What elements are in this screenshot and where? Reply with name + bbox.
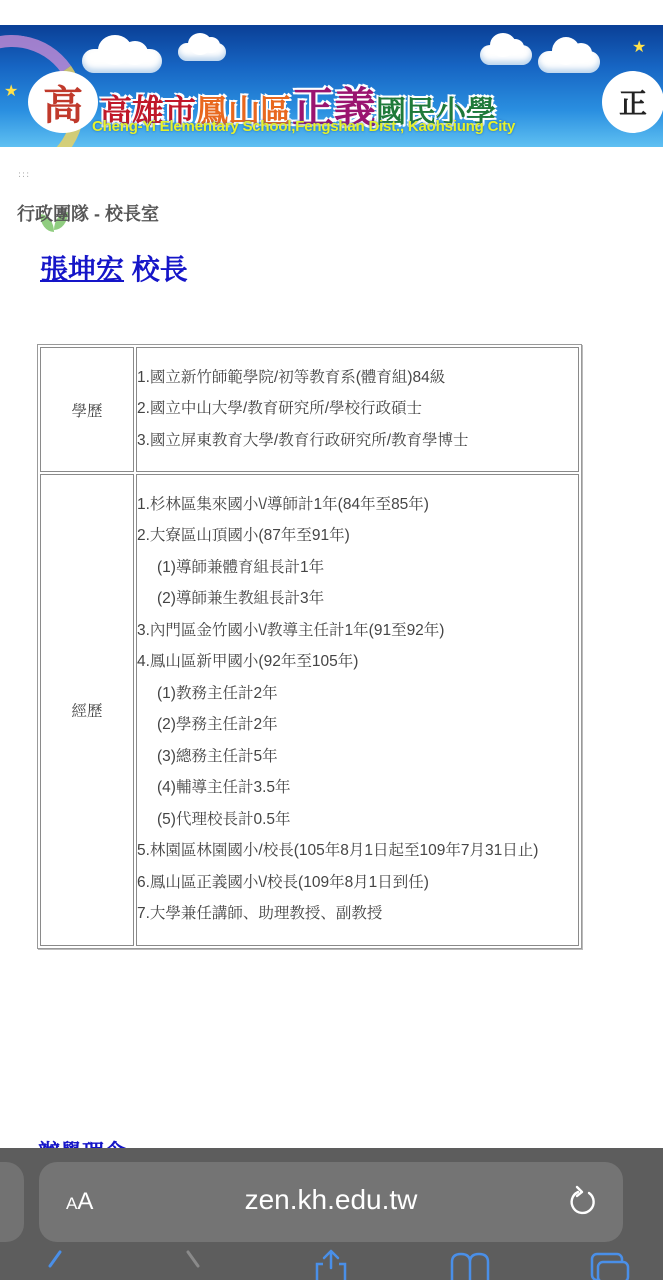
row-label: 經歷: [40, 474, 134, 946]
school-banner[interactable]: ★ ★ 高 高雄市鳳山區正義國民小學 Cheng-Yi Elementary S…: [0, 25, 663, 147]
row-content: 1.杉林區集來國小\/導師計1年(84年至85年) 2.大寮區山頂國小(87年至…: [136, 474, 579, 946]
table-row-experience: 經歷 1.杉林區集來國小\/導師計1年(84年至85年) 2.大寮區山頂國小(8…: [40, 474, 579, 946]
list-subitem: (1)導師兼體育組長計1年: [137, 557, 578, 578]
bookmarks-icon[interactable]: [448, 1248, 492, 1280]
browser-toolbar: AA zen.kh.edu.tw: [0, 1148, 663, 1280]
list-subitem: (1)教務主任計2年: [137, 683, 578, 704]
list-item: 1.國立新竹師範學院/初等教育系(體育組)84級: [137, 367, 578, 388]
forward-icon[interactable]: [180, 1248, 210, 1280]
previous-tab-peek[interactable]: [0, 1162, 24, 1242]
row-label: 學歷: [40, 347, 134, 472]
list-item: 5.林園區林園國小/校長(105年8月1日起至109年7月31日止): [137, 840, 578, 861]
list-item: 2.國立中山大學/教育研究所/學校行政碩士: [137, 398, 578, 419]
address-bar[interactable]: AA zen.kh.edu.tw: [39, 1162, 623, 1242]
toolbar-icons: [0, 1248, 663, 1280]
row-content: 1.國立新竹師範學院/初等教育系(體育組)84級 2.國立中山大學/教育研究所/…: [136, 347, 579, 472]
principal-title: 校長: [132, 254, 188, 285]
list-subitem: (2)導師兼生教組長計3年: [137, 588, 578, 609]
list-item: 1.杉林區集來國小\/導師計1年(84年至85年): [137, 494, 578, 515]
list-item: 4.鳳山區新甲國小(92年至105年): [137, 651, 578, 672]
school-emblem-right: 正: [602, 71, 663, 133]
list-item: 3.內門區金竹國小\/教導主任計1年(91至92年): [137, 620, 578, 641]
list-subitem: (2)學務主任計2年: [137, 714, 578, 735]
breadcrumb: 行政團隊 - 校長室: [17, 200, 159, 226]
cloud-decoration: [82, 49, 162, 73]
list-item: 2.大寮區山頂國小(87年至91年): [137, 525, 578, 546]
list-subitem: (5)代理校長計0.5年: [137, 809, 578, 830]
list-item: 7.大學兼任講師、助理教授、副教授: [137, 903, 578, 924]
list-item: 6.鳳山區正義國小\/校長(109年8月1日到任): [137, 872, 578, 893]
list-subitem: (3)總務主任計5年: [137, 746, 578, 767]
accesskey-marker[interactable]: :::: [18, 172, 30, 178]
list-item: 3.國立屏東教育大學/教育行政研究所/教育學博士: [137, 430, 578, 451]
list-subitem: (4)輔導主任計3.5年: [137, 777, 578, 798]
school-name-english: Cheng-Yi Elementary School,Fengshan Dist…: [92, 118, 515, 135]
share-icon[interactable]: [313, 1248, 349, 1280]
cloud-decoration: [178, 43, 226, 61]
star-icon: ★: [4, 81, 18, 100]
back-icon[interactable]: [40, 1248, 70, 1280]
principal-name-link[interactable]: 張坤宏: [40, 254, 124, 285]
star-icon: ★: [632, 37, 646, 56]
cv-table: 學歷 1.國立新竹師範學院/初等教育系(體育組)84級 2.國立中山大學/教育研…: [37, 344, 582, 949]
reload-icon[interactable]: [565, 1184, 601, 1220]
school-logo-left: 高: [28, 71, 98, 133]
cloud-decoration: [538, 51, 600, 73]
table-row-education: 學歷 1.國立新竹師範學院/初等教育系(體育組)84級 2.國立中山大學/教育研…: [40, 347, 579, 472]
tabs-icon[interactable]: [588, 1248, 632, 1280]
url-text[interactable]: zen.kh.edu.tw: [39, 1184, 623, 1216]
cloud-decoration: [480, 45, 532, 65]
page-title: 張坤宏 校長: [40, 248, 188, 288]
